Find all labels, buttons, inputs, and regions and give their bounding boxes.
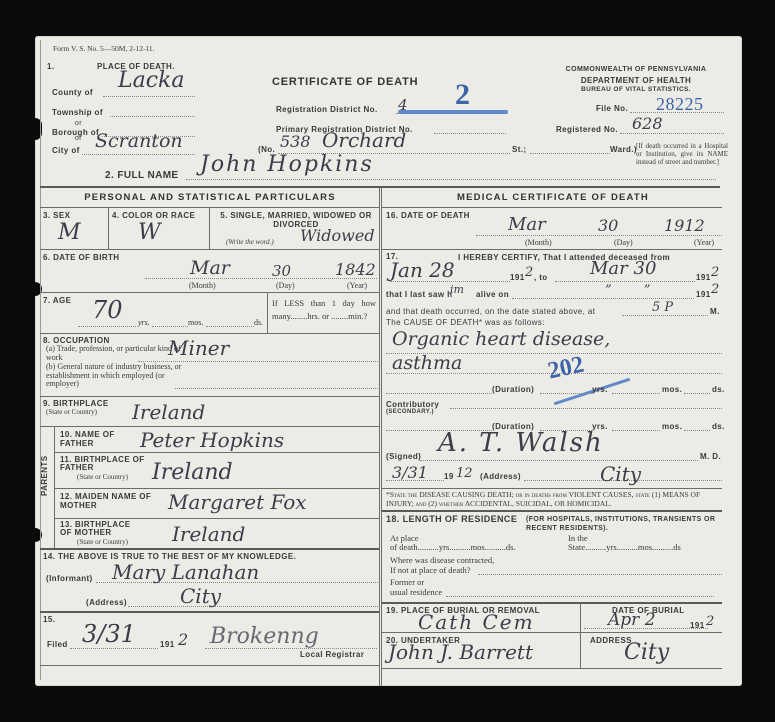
date-of-death-label: 16. DATE OF DEATH: [386, 211, 470, 220]
race-value: W: [138, 220, 161, 245]
contracted-line: [478, 574, 722, 575]
alive-on-line: [512, 298, 694, 299]
county-value: Lacka: [118, 68, 185, 93]
filed-label: Filed: [47, 640, 68, 649]
divider: [40, 396, 379, 397]
attended-to-year-suffix: 2: [711, 265, 719, 280]
father-name-value: Peter Hopkins: [140, 428, 284, 452]
duration-label: (Duration): [492, 385, 534, 394]
mother-birthplace-value: Ireland: [172, 522, 245, 546]
former-label: Former or: [390, 578, 424, 587]
burial-year-prefix: 191: [690, 621, 705, 630]
duration-line: [612, 393, 660, 394]
cause-line-1: Organic heart disease,: [392, 328, 610, 350]
age-line: [206, 326, 254, 327]
sex-value: M: [58, 220, 81, 245]
dod-year-hint: (Year): [694, 238, 714, 247]
to-label: , to: [534, 273, 548, 282]
duration-mos-label: mos.: [662, 385, 682, 394]
street-number: 538: [280, 132, 311, 151]
cause-label: The CAUSE OF DEATH* was as follows:: [386, 318, 545, 327]
signed-line: [420, 460, 698, 461]
undertaker-address: City: [624, 640, 669, 665]
undertaker-value: John J. Barrett: [388, 640, 533, 664]
attended-to-year-prefix: 191: [696, 273, 711, 282]
dod-day-hint: (Day): [614, 238, 633, 247]
form-id: Form V. S. No. 5—50M, 2-12-11.: [53, 44, 155, 53]
alive-year-suffix: 2: [711, 282, 719, 297]
divider: [40, 548, 379, 550]
primary-district-line: [434, 133, 506, 134]
race-label: 4. COLOR OR RACE: [112, 211, 195, 220]
filed-year-prefix: 191: [160, 640, 175, 649]
divider: [40, 333, 379, 334]
physician-address-label: (Address): [480, 472, 521, 481]
registered-number: 628: [632, 114, 663, 133]
divider: [54, 488, 379, 489]
father-birthplace-hint: (State or Country): [77, 473, 128, 482]
file-no-label: File No.: [596, 104, 628, 113]
street-name: Orchard: [322, 128, 406, 152]
full-name-line: [186, 179, 716, 180]
divider: [40, 292, 379, 293]
days-unit: ds.: [254, 318, 263, 327]
duration-line: [540, 393, 592, 394]
blue-pencil-stroke: [398, 110, 508, 114]
street-label: St.;: [512, 145, 527, 154]
attended-from-year-prefix: 191: [510, 273, 525, 282]
sex-label: 3. SEX: [43, 211, 70, 220]
duration-line: [386, 393, 492, 394]
alive-on-value: ” ”: [605, 283, 664, 298]
personal-heading: PERSONAL AND STATISTICAL PARTICULARS: [42, 192, 378, 203]
registration-district-label: Registration District No.: [276, 105, 378, 114]
industry-line: [175, 388, 378, 389]
divider: [382, 602, 722, 604]
divider: [54, 452, 379, 453]
duration-mos-label-2: mos.: [662, 422, 682, 431]
age-years: 70: [92, 296, 123, 324]
local-registrar-label: Local Registrar: [300, 650, 364, 659]
burial-year-suffix: 2: [706, 614, 714, 629]
cause-footnote: *State the DISEASE CAUSING DEATH; or in …: [386, 490, 722, 508]
last-saw-label: that I last saw h: [386, 290, 452, 299]
divider: [382, 249, 722, 250]
divider: [267, 292, 268, 333]
death-occurred-label: and that death occurred, on the date sta…: [386, 307, 595, 316]
authority-line-2: DEPARTMENT OF HEALTH: [548, 76, 724, 85]
date-of-death-day: 30: [598, 216, 618, 235]
attended-to-line: [555, 281, 695, 282]
signed-year-prefix: 19: [444, 472, 454, 481]
divider: [382, 668, 722, 669]
of-death-label: of death..........yrs..........mos......…: [390, 543, 516, 552]
city-line: [82, 154, 195, 155]
dod-month-hint: (Month): [525, 238, 552, 247]
physician-signature: A. T. Walsh: [438, 428, 604, 458]
father-birthplace-value: Ireland: [152, 460, 233, 485]
registrar-signature: Brokenng: [210, 624, 319, 649]
dob-year: 1842: [335, 260, 376, 279]
duration-line: [684, 393, 710, 394]
birthplace-label: 9. BIRTHPLACE: [43, 399, 109, 408]
divider: [382, 207, 722, 208]
mother-birthplace-hint: (State or Country): [77, 538, 128, 547]
alive-on-label: alive on: [476, 290, 509, 299]
death-time-line: [622, 315, 708, 316]
informant-label: (Informant): [46, 574, 93, 583]
or-label: or: [75, 135, 82, 142]
city-value: Scranton: [95, 130, 183, 152]
md-label: M. D.: [700, 452, 721, 461]
age-line: [78, 326, 136, 327]
divider: [209, 207, 210, 249]
divider: [54, 426, 55, 548]
attended-from-year-suffix: 2: [525, 265, 533, 280]
less-than-day-note: If LESS than 1 day how many........hrs. …: [272, 297, 376, 323]
age-line: [152, 326, 188, 327]
cause-line-2: asthma: [392, 352, 462, 374]
duration-line: [684, 430, 710, 431]
occupation-b-note: (b) General nature of industry business,…: [46, 363, 186, 389]
duration-line: [612, 430, 660, 431]
divider: [40, 426, 379, 427]
divider: [40, 665, 379, 666]
city-label: City of: [52, 146, 80, 155]
filed-year-suffix: 2: [178, 630, 188, 649]
signed-year-suffix: 12: [456, 466, 473, 481]
parents-label: PARENTS: [40, 456, 49, 496]
duration-ds-label-2: ds.: [712, 422, 725, 431]
full-name-label: 2. FULL NAME: [105, 170, 179, 181]
full-name-value: John Hopkins: [200, 152, 374, 177]
file-number: 28225: [656, 94, 704, 115]
divider: [382, 632, 722, 633]
filed-date: 3/31: [82, 620, 136, 648]
years-unit: yrs.: [138, 318, 150, 327]
mother-name-label: 12. MAIDEN NAME OF MOTHER: [60, 492, 160, 510]
occupation-a-note: (a) Trade, profession, or particular kin…: [46, 345, 184, 362]
marital-hint: (Write the word.): [226, 238, 274, 247]
duration-ds-label: ds.: [712, 385, 725, 394]
year-hint: (Year): [347, 281, 367, 290]
mother-name-value: Margaret Fox: [168, 490, 307, 514]
ward-label: Ward.): [610, 145, 637, 154]
signed-label: (Signed): [386, 452, 421, 461]
registered-no-label: Registered No.: [556, 125, 618, 134]
birthplace-value: Ireland: [132, 400, 205, 424]
section-1-number: 1.: [47, 62, 54, 71]
m-label: M.: [710, 307, 720, 316]
attended-from-date: Jan 28: [390, 258, 455, 282]
informant-address-value: City: [180, 584, 221, 608]
township-label: Township of: [52, 108, 103, 117]
township-line: [110, 116, 195, 117]
county-label: County of: [52, 88, 93, 97]
dob-day: 30: [272, 262, 291, 280]
dob-month: Mar: [190, 257, 230, 279]
county-line: [103, 96, 195, 97]
last-saw-him: im: [450, 283, 464, 296]
divider: [580, 602, 581, 668]
alive-year-prefix: 191: [696, 290, 711, 299]
attended-to-date: Mar 30: [590, 258, 656, 279]
occupation-value: Miner: [168, 336, 229, 360]
contributory-line: [450, 408, 722, 409]
or-label: or: [75, 120, 82, 127]
where-contracted-label: Where was disease contracted,: [390, 556, 494, 565]
divider: [382, 510, 722, 512]
informant-address-line: [128, 606, 378, 607]
burial-date: Apr 2: [608, 610, 656, 630]
medical-heading: MEDICAL CERTIFICATE OF DEATH: [384, 192, 722, 203]
section-15-number: 15.: [43, 615, 55, 624]
day-hint: (Day): [276, 281, 295, 290]
birthplace-hint: (State or Country): [46, 408, 97, 417]
date-of-death-year: 1912: [664, 216, 705, 235]
informant-address-label: (Address): [86, 598, 127, 607]
divider: [54, 518, 379, 519]
authority-line-3: BUREAU OF VITAL STATISTICS.: [548, 86, 724, 93]
marital-value: Widowed: [300, 226, 375, 245]
usual-residence-line: [446, 596, 714, 597]
mother-birthplace-label: 13. BIRTHPLACE OF MOTHER: [60, 521, 145, 537]
physician-address: City: [600, 462, 641, 486]
ward-line: [530, 153, 610, 154]
registered-no-line: [620, 133, 724, 134]
informant-value: Mary Lanahan: [112, 560, 259, 584]
residence-note: (FOR HOSPITALS, INSTITUTIONS, TRANSIENTS…: [526, 515, 722, 533]
dob-label: 6. DATE OF BIRTH: [43, 253, 119, 262]
residence-label: 18. LENGTH OF RESIDENCE: [386, 514, 517, 524]
months-unit: mos.: [188, 318, 203, 327]
if-not-label: If not at place of death?: [390, 566, 470, 575]
date-of-death-line: [476, 235, 722, 236]
attended-from-line: [390, 281, 510, 282]
registration-district-stamp: 2: [455, 78, 470, 112]
death-time: 5 P: [652, 300, 673, 315]
secondary-label: (SECONDARY.): [386, 409, 434, 415]
hospital-note: [If death occurred in a Hospital or Inst…: [636, 142, 728, 166]
age-label: 7. AGE: [43, 296, 71, 305]
burial-place-value: Cath Cem: [418, 610, 535, 634]
date-of-death-month: Mar: [508, 214, 546, 235]
filed-line: [70, 648, 158, 649]
divider: [40, 249, 379, 250]
duration-yrs-label: yrs.: [592, 385, 608, 394]
usual-residence-label: usual residence: [390, 588, 442, 597]
signed-date: 3/31: [392, 463, 428, 482]
father-name-label: 10. NAME OF FATHER: [60, 430, 130, 448]
divider: [382, 488, 722, 489]
father-birthplace-label: 11. BIRTHPLACE OF FATHER: [60, 456, 145, 472]
divider: [40, 611, 379, 613]
authority-line-1: COMMONWEALTH OF PENNSYLVANIA: [548, 66, 724, 73]
certificate-title: CERTIFICATE OF DEATH: [272, 76, 418, 88]
month-hint: (Month): [189, 281, 216, 290]
contributory-label: Contributory: [386, 400, 439, 409]
state-label: State..........yrs..........mos.........…: [568, 543, 681, 552]
divider: [108, 207, 109, 249]
margin-line: [40, 40, 41, 680]
column-divider: [379, 188, 382, 686]
